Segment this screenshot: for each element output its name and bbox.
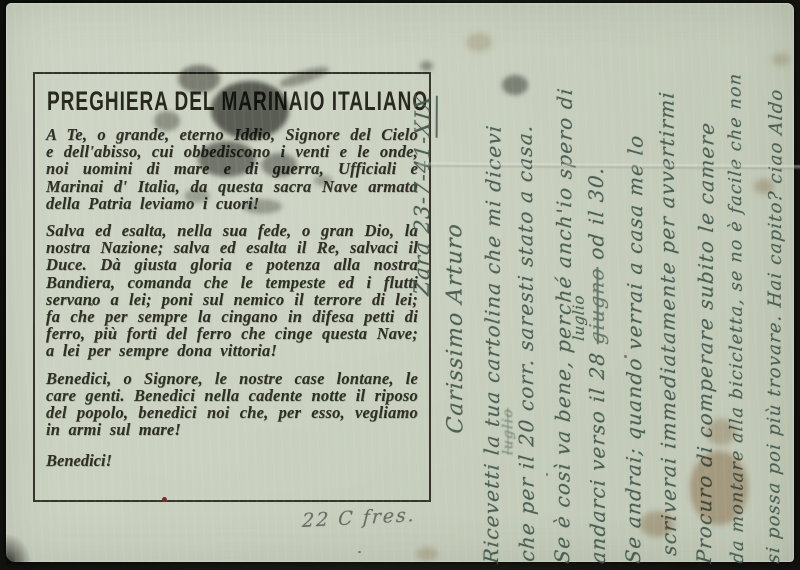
handwriting-line: andarci verso il 28 giugnoluglio od il 3… — [583, 7, 621, 566]
paper-speck — [358, 551, 361, 553]
handwriting-line: scriverai immediatamente per avvertirmi — [654, 7, 692, 566]
corner-wear — [6, 533, 32, 565]
ink-smudge — [198, 141, 256, 177]
ink-smudge — [154, 111, 180, 131]
prayer-box: PREGHIERA DEL MARINAIO ITALIANO A Te, o … — [33, 72, 431, 502]
paper-speck — [546, 473, 548, 476]
foxing-stain — [690, 451, 748, 525]
prayer-closing: Benedici! — [46, 451, 418, 471]
ink-smudge — [314, 175, 332, 186]
ink-smudge — [178, 65, 220, 93]
foxing-stain — [640, 511, 674, 537]
handwriting-line: Carissimo Arturo — [441, 7, 479, 566]
pencil-price-note: 22 C fres. — [301, 504, 416, 532]
foxing-stain — [772, 53, 790, 66]
paper-speck — [90, 303, 93, 306]
ink-smudge — [420, 61, 433, 71]
ink-smudge — [261, 153, 297, 177]
ink-dot — [162, 497, 167, 502]
foxing-stain — [466, 33, 492, 52]
paper-speck — [624, 355, 627, 358]
postcard: PREGHIERA DEL MARINAIO ITALIANO A Te, o … — [6, 3, 794, 562]
foxing-stain — [706, 419, 736, 445]
prayer-paragraph-2: Salva ed esalta, nella sua fede, o gran … — [46, 222, 418, 360]
ink-smudge — [242, 199, 282, 214]
ink-smudge — [184, 189, 210, 203]
foxing-stain — [754, 179, 774, 194]
foxing-stain — [416, 547, 438, 561]
prayer-paragraph-3: Benedici, o Signore, le nostre case lont… — [46, 370, 418, 439]
ink-smudge — [211, 81, 289, 139]
handwriting-line: si possa poi più trovare. Hai capito? ci… — [763, 6, 800, 565]
ink-smudge — [502, 75, 528, 95]
